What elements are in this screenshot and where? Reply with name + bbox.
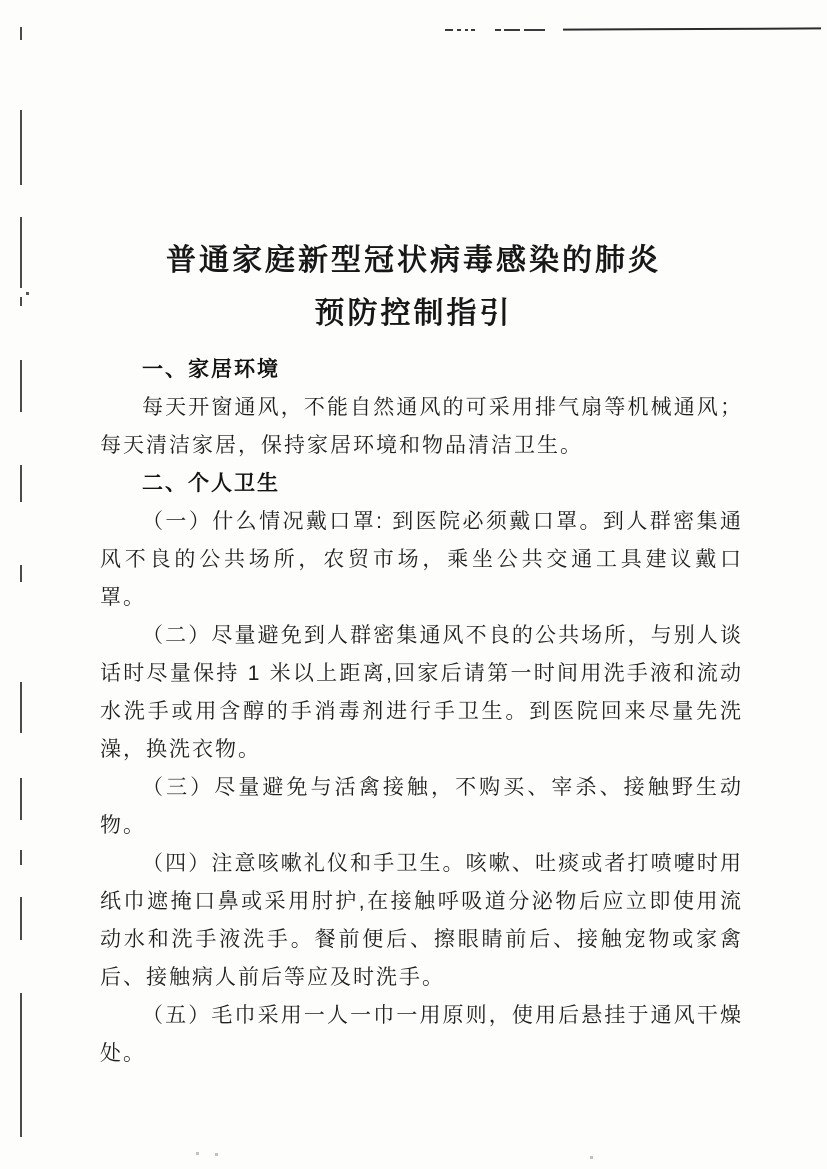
- document-title: 普通家庭新型冠状病毒感染的肺炎 预防控制指引: [0, 234, 827, 340]
- paragraph-item-5-towels: （五）毛巾采用一人一巾一用原则，使用后悬挂于通风干燥处。: [100, 997, 743, 1073]
- scan-dash: [471, 29, 475, 31]
- scan-mark-left: [20, 465, 22, 502]
- section-heading-personal-hygiene: 二、个人卫生: [100, 465, 743, 503]
- paragraph-ventilation: 每天开窗通风，不能自然通风的可采用排气扇等机械通风；每天清洁家居，保持家居环境和…: [100, 389, 743, 465]
- scan-speck: [590, 1156, 593, 1159]
- scan-dash: [465, 29, 468, 31]
- scan-mark-left: [20, 565, 22, 582]
- scan-dash: [445, 29, 453, 31]
- scan-mark-left: [20, 850, 22, 865]
- scanned-page: 普通家庭新型冠状病毒感染的肺炎 预防控制指引 一、家居环境 每天开窗通风，不能自…: [0, 0, 827, 1169]
- scan-speck: [196, 1152, 199, 1155]
- document-body: 一、家居环境 每天开窗通风，不能自然通风的可采用排气扇等机械通风；每天清洁家居，…: [100, 351, 743, 1073]
- scan-dash: [457, 29, 461, 31]
- title-line-1: 普通家庭新型冠状病毒感染的肺炎: [0, 234, 827, 287]
- scan-mark-left: [20, 897, 22, 940]
- paragraph-item-2-distance: （二）尽量避免到人群密集通风不良的公共场所，与别人谈话时尽量保持 1 米以上距离…: [100, 617, 743, 769]
- scan-mark-left: [20, 360, 22, 412]
- scan-mark-left: [20, 682, 22, 733]
- scan-mark-left: [20, 778, 22, 820]
- paragraph-item-3-animals: （三）尽量避免与活禽接触，不购买、宰杀、接触野生动物。: [100, 769, 743, 845]
- scan-dash: [504, 29, 520, 31]
- scan-speck: [215, 1153, 218, 1156]
- scan-mark-left: [20, 993, 22, 1137]
- scan-dash: [524, 29, 545, 31]
- paragraph-item-1-masks: （一）什么情况戴口罩: 到医院必须戴口罩。到人群密集通风不良的公共场所，农贸市场…: [100, 503, 743, 617]
- section-heading-home-environment: 一、家居环境: [100, 351, 743, 389]
- scan-line-top: [563, 27, 821, 30]
- scan-mark-left: [20, 27, 22, 40]
- scan-mark-left: [20, 110, 22, 185]
- title-line-2: 预防控制指引: [0, 287, 827, 340]
- scan-dash: [495, 29, 501, 31]
- paragraph-item-4-cough-manner: （四）注意咳嗽礼仪和手卫生。咳嗽、吐痰或者打喷嚏时用纸巾遮掩口鼻或采用肘护,在接…: [100, 845, 743, 997]
